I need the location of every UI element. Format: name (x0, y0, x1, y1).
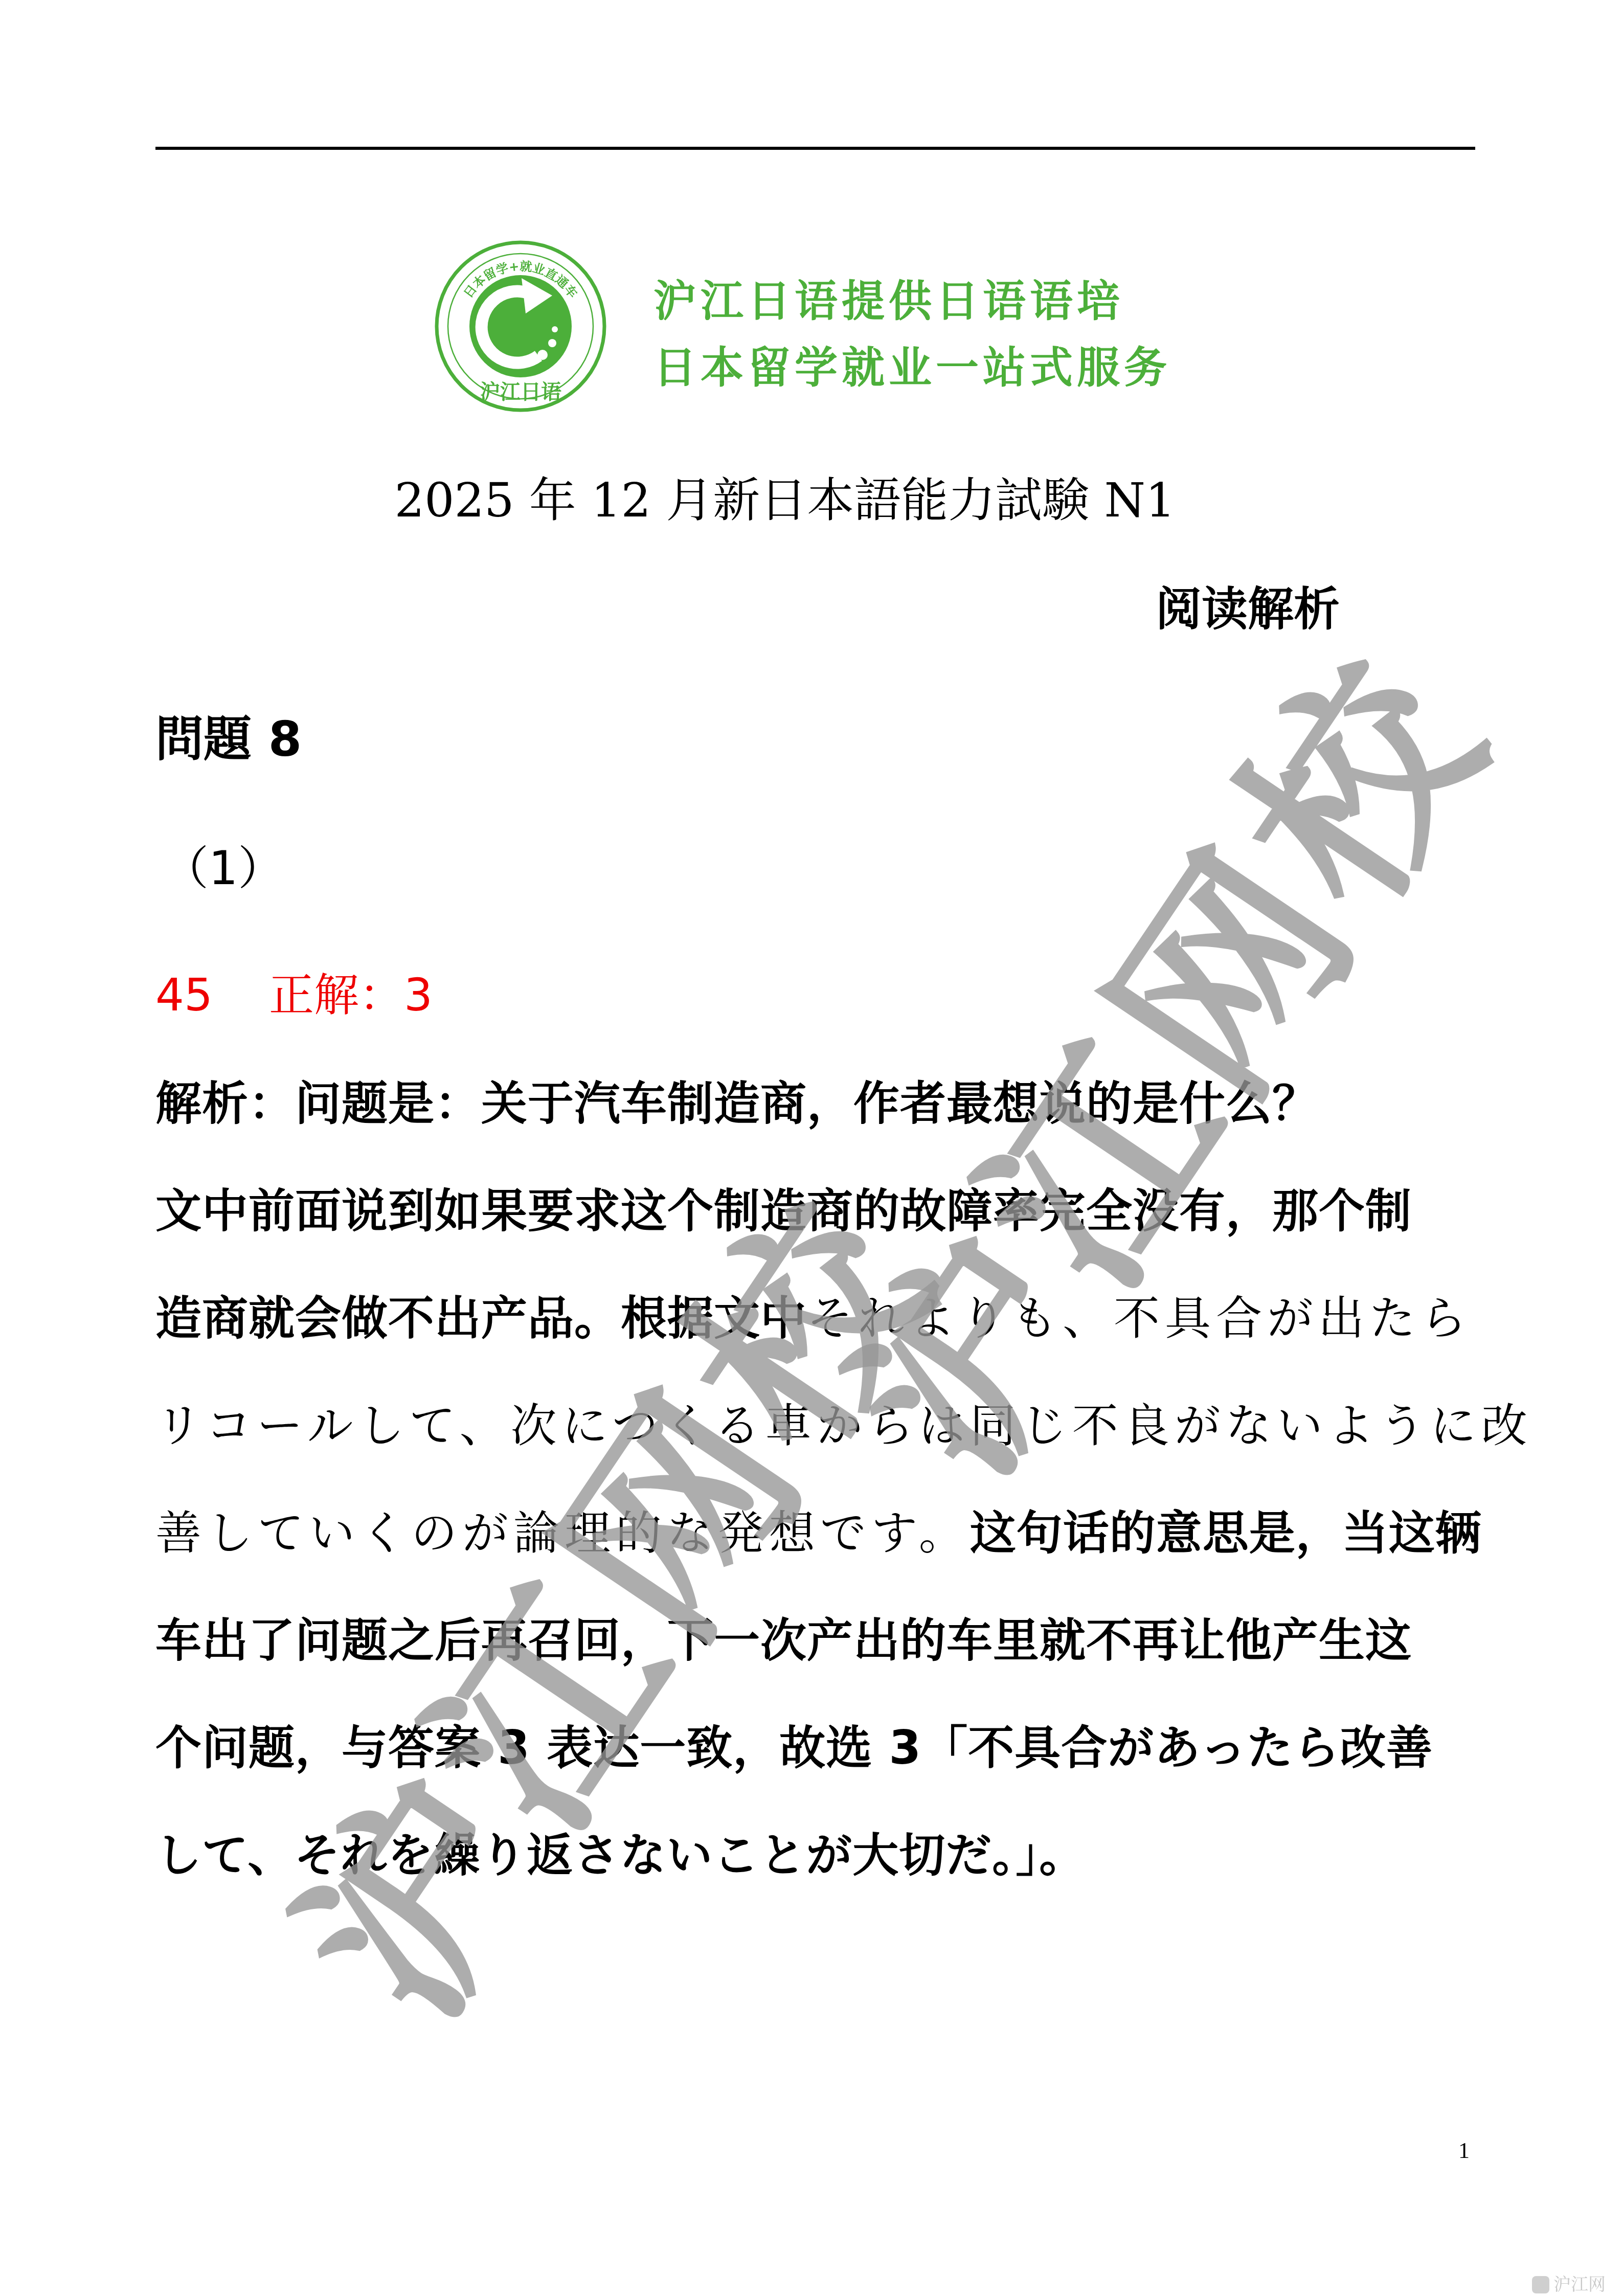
explanation-line: 造商就会做不出产品。根据文中それよりも、不具合が出たら (155, 1281, 1472, 1347)
explanation-line: 文中前面说到如果要求这个制造商的故障率完全没有，那个制 (155, 1174, 1412, 1240)
quoted-japanese-text: それよりも、不具合が出たら (807, 1292, 1472, 1345)
page-number: 1 (1458, 2137, 1470, 2164)
answer-line: 45正解：3 (155, 959, 433, 1024)
document-title: 2025 年 12 月新日本語能力試験 N1 (0, 463, 1623, 530)
explanation-text: 文中前面说到如果要求这个制造商的故障率完全没有，那个制 (155, 1184, 1412, 1238)
hujiang-seal-icon: 沪江日语 日本留学+就业直通车 (434, 239, 607, 413)
correct-answer: 正解：3 (269, 969, 433, 1021)
document-title-text: 2025 年 12 月新日本語能力試験 N1 (394, 463, 1175, 530)
section-heading: 問題 8 (155, 701, 302, 770)
explanation-text: 这句话的意思是，当这辆 (970, 1506, 1482, 1560)
seal-bottom-text: 沪江日语 (480, 380, 561, 404)
explanation-text: 造商就会做不出产品。根据文中 (155, 1292, 807, 1345)
explanation-text: 个问题，与答案 3 表达一致，故选 3「不具合があったら改善 (155, 1721, 1433, 1775)
explanation-line: 个问题，与答案 3 表达一致，故选 3「不具合があったら改善 (155, 1710, 1433, 1777)
explanation-line: 善していくのが論理的な発想です。这句话的意思是，当这辆 (155, 1496, 1482, 1562)
slogan-line-1: 沪江日语提供日语语培 (653, 267, 1124, 329)
slogan-line-2: 日本留学就业一站式服务 (653, 333, 1171, 395)
header-rule (155, 147, 1475, 150)
explanation-text: 车出了问题之后再召回，下一次产出的车里就不再让他产生这 (155, 1614, 1412, 1668)
subsection-heading: （1） (163, 831, 284, 897)
footer-brand-text: 沪江网 (1553, 2275, 1606, 2295)
quoted-japanese-text: リコールして、次につくる車からは同じ不良がないように改 (155, 1399, 1532, 1453)
question-number: 45 (155, 969, 213, 1021)
quoted-japanese-text: 善していくのが論理的な発想です。 (155, 1506, 970, 1560)
hujiang-logo-icon (1532, 2276, 1549, 2293)
explanation-line: 车出了问题之后再召回，下一次产出的车里就不再让他产生这 (155, 1603, 1412, 1670)
watermark-text: 沪江网校 (767, 587, 1544, 1527)
watermark-text: 沪江网校 (215, 1129, 991, 2069)
explanation-line: 解析：问题是：关于汽车制造商，作者最想说的是什么？ (155, 1066, 1319, 1133)
document-subtitle: 阅读解析 (1156, 572, 1340, 638)
footer-brand: 沪江网 (1532, 2270, 1606, 2295)
explanation-line: して、それを繰り返さないことが大切だ。」。 (155, 1818, 1086, 1884)
logo: 沪江日语 日本留学+就业直通车 沪江日语提供日语语培 日本留学就业一站式服务 (434, 235, 1211, 430)
explanation-text: 解析：问题是：关于汽车制造商，作者最想说的是什么？ (155, 1077, 1319, 1131)
explanation-line: リコールして、次につくる車からは同じ不良がないように改 (155, 1388, 1532, 1455)
explanation-text: して、それを繰り返さないことが大切だ。」。 (155, 1829, 1086, 1882)
